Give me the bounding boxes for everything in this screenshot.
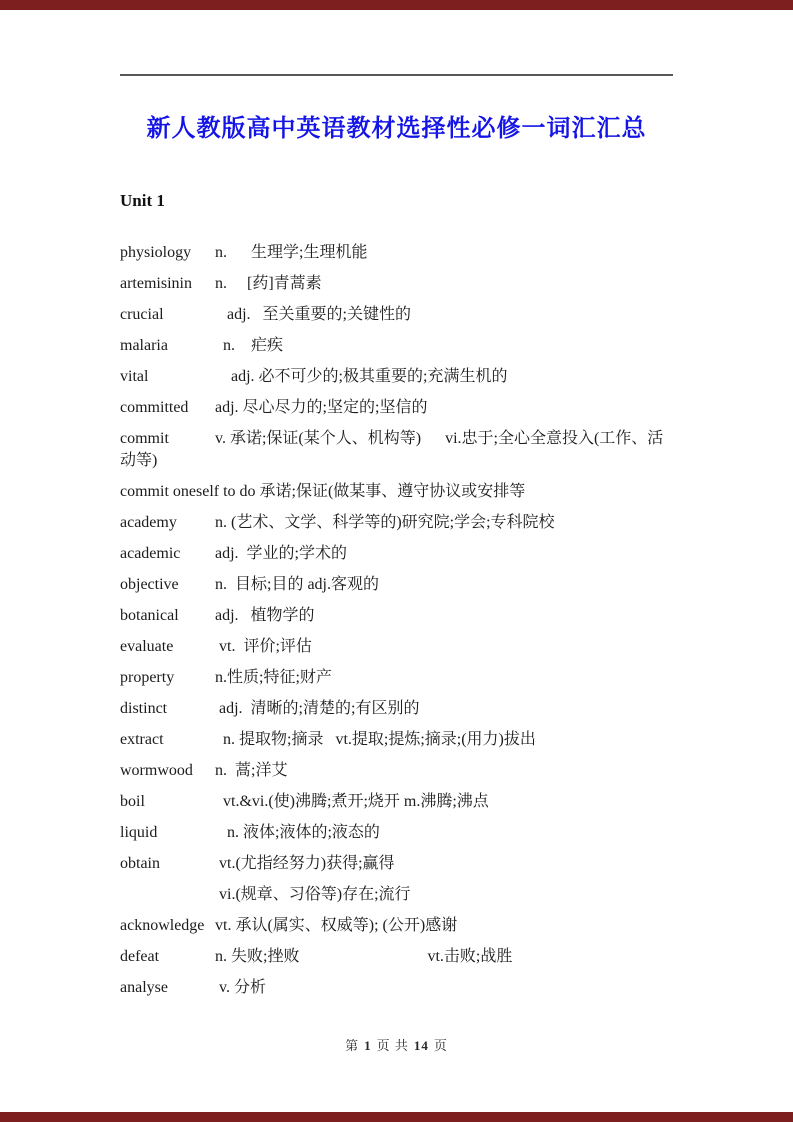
vocab-word: objective bbox=[120, 574, 215, 596]
vocab-word: property bbox=[120, 667, 215, 689]
vocab-definition: v. 分析 bbox=[215, 979, 266, 996]
vocab-definition: vt. 评价;评估 bbox=[215, 638, 312, 655]
vocab-definition: n.性质;特征;财产 bbox=[215, 669, 332, 686]
vocab-word: evaluate bbox=[120, 636, 215, 658]
vocab-word: acknowledge bbox=[120, 915, 215, 937]
vocab-entry: academyn. (艺术、文学、科学等的)研究院;学会;专科院校 bbox=[120, 512, 673, 534]
vocab-definition: adj. 必不可少的;极其重要的;充满生机的 bbox=[215, 368, 507, 385]
vocab-entry: botanicaladj. 植物学的 bbox=[120, 605, 673, 627]
footer-total-pages: 14 bbox=[411, 1038, 432, 1053]
footer-middle: 页 共 bbox=[375, 1038, 411, 1053]
vocab-definition: vt.&vi.(使)沸腾;煮开;烧开 m.沸腾;沸点 bbox=[215, 793, 489, 810]
footer-prefix: 第 bbox=[343, 1038, 361, 1053]
vocab-word: academic bbox=[120, 543, 215, 565]
vocab-definition: vt. 承认(属实、权威等); (公开)感谢 bbox=[215, 917, 457, 934]
unit-heading: Unit 1 bbox=[120, 191, 165, 211]
vocab-word: academy bbox=[120, 512, 215, 534]
vocab-word: distinct bbox=[120, 698, 215, 720]
vocab-word: physiology bbox=[120, 242, 215, 264]
vocab-word: extract bbox=[120, 729, 215, 751]
vocab-definition: n. 提取物;摘录 vt.提取;提炼;摘录;(用力)拔出 bbox=[215, 731, 536, 748]
bottom-border-bar bbox=[0, 1112, 793, 1122]
vocab-word: defeat bbox=[120, 946, 215, 968]
vocab-word: commit bbox=[120, 428, 215, 450]
vocab-entry: malaria n. 疟疾 bbox=[120, 335, 673, 357]
vocab-definition: n. 生理学;生理机能 bbox=[215, 244, 367, 261]
vocab-entry: commitv. 承诺;保证(某个人、机构等) vi.忠于;全心全意投入(工作、… bbox=[120, 428, 673, 472]
vocab-word: botanical bbox=[120, 605, 215, 627]
vocab-definition: vi.(规章、习俗等)存在;流行 bbox=[215, 886, 411, 903]
vocab-entry: distinct adj. 清晰的;清楚的;有区别的 bbox=[120, 698, 673, 720]
vocab-entry: analyse v. 分析 bbox=[120, 977, 673, 999]
vocab-word: analyse bbox=[120, 977, 215, 999]
vocab-word: crucial bbox=[120, 304, 215, 326]
vocab-definition: n. 目标;目的 adj.客观的 bbox=[215, 576, 379, 593]
vocab-entry: boil vt.&vi.(使)沸腾;煮开;烧开 m.沸腾;沸点 bbox=[120, 791, 673, 813]
vocab-word: committed bbox=[120, 397, 215, 419]
vocab-definition: n. (艺术、文学、科学等的)研究院;学会;专科院校 bbox=[215, 514, 555, 531]
vocab-word: wormwood bbox=[120, 760, 215, 782]
vocab-entry: liquid n. 液体;液体的;液态的 bbox=[120, 822, 673, 844]
vocab-definition: n. 疟疾 bbox=[215, 337, 283, 354]
vocab-entry: physiologyn. 生理学;生理机能 bbox=[120, 242, 673, 264]
vocab-word: artemisinin bbox=[120, 273, 215, 295]
top-border-bar bbox=[0, 0, 793, 10]
vocab-word bbox=[120, 884, 215, 906]
footer-suffix: 页 bbox=[432, 1038, 450, 1053]
vocab-entry: academicadj. 学业的;学术的 bbox=[120, 543, 673, 565]
vocab-word: commit oneself to do bbox=[120, 481, 256, 503]
vocab-definition: n. 蒿;洋艾 bbox=[215, 762, 287, 779]
vocab-entry: defeatn. 失败;挫败 vt.击败;战胜 bbox=[120, 946, 673, 968]
page-footer: 第1页 共14页 bbox=[0, 1035, 793, 1054]
vocab-entry: commit oneself to do 承诺;保证(做某事、遵守协议或安排等 bbox=[120, 481, 673, 503]
vocab-entry: extract n. 提取物;摘录 vt.提取;提炼;摘录;(用力)拔出 bbox=[120, 729, 673, 751]
vocab-definition: adj. 至关重要的;关键性的 bbox=[215, 306, 411, 323]
vocab-entry: committedadj. 尽心尽力的;坚定的;坚信的 bbox=[120, 397, 673, 419]
vocab-definition: adj. 植物学的 bbox=[215, 607, 315, 624]
horizontal-rule bbox=[120, 74, 673, 76]
vocab-word: vital bbox=[120, 366, 215, 388]
vocab-word: boil bbox=[120, 791, 215, 813]
vocab-word: obtain bbox=[120, 853, 215, 875]
vocab-entry: wormwoodn. 蒿;洋艾 bbox=[120, 760, 673, 782]
vocab-definition: n. [药]青蒿素 bbox=[215, 275, 322, 292]
vocab-entry: objectiven. 目标;目的 adj.客观的 bbox=[120, 574, 673, 596]
vocab-definition: n. 液体;液体的;液态的 bbox=[215, 824, 380, 841]
vocab-definition: 承诺;保证(做某事、遵守协议或安排等 bbox=[256, 483, 526, 500]
vocab-definition: adj. 尽心尽力的;坚定的;坚信的 bbox=[215, 399, 427, 416]
vocab-entry: evaluate vt. 评价;评估 bbox=[120, 636, 673, 658]
vocab-word: malaria bbox=[120, 335, 215, 357]
vocab-entry: crucial adj. 至关重要的;关键性的 bbox=[120, 304, 673, 326]
vocab-definition: adj. 学业的;学术的 bbox=[215, 545, 347, 562]
vocab-list: physiologyn. 生理学;生理机能 artemisininn. [药]青… bbox=[120, 242, 673, 1008]
vocab-entry: obtain vt.(尤指经努力)获得;赢得 bbox=[120, 853, 673, 875]
vocab-entry: vi.(规章、习俗等)存在;流行 bbox=[120, 884, 673, 906]
vocab-entry: acknowledgevt. 承认(属实、权威等); (公开)感谢 bbox=[120, 915, 673, 937]
vocab-word: liquid bbox=[120, 822, 215, 844]
vocab-entry: propertyn.性质;特征;财产 bbox=[120, 667, 673, 689]
vocab-definition: n. 失败;挫败 vt.击败;战胜 bbox=[215, 948, 512, 965]
footer-page-number: 1 bbox=[361, 1038, 375, 1053]
vocab-entry: vital adj. 必不可少的;极其重要的;充满生机的 bbox=[120, 366, 673, 388]
vocab-entry: artemisininn. [药]青蒿素 bbox=[120, 273, 673, 295]
vocab-definition: vt.(尤指经努力)获得;赢得 bbox=[215, 855, 395, 872]
vocab-definition: adj. 清晰的;清楚的;有区别的 bbox=[215, 700, 419, 717]
page-title: 新人教版高中英语教材选择性必修一词汇汇总 bbox=[0, 108, 793, 143]
